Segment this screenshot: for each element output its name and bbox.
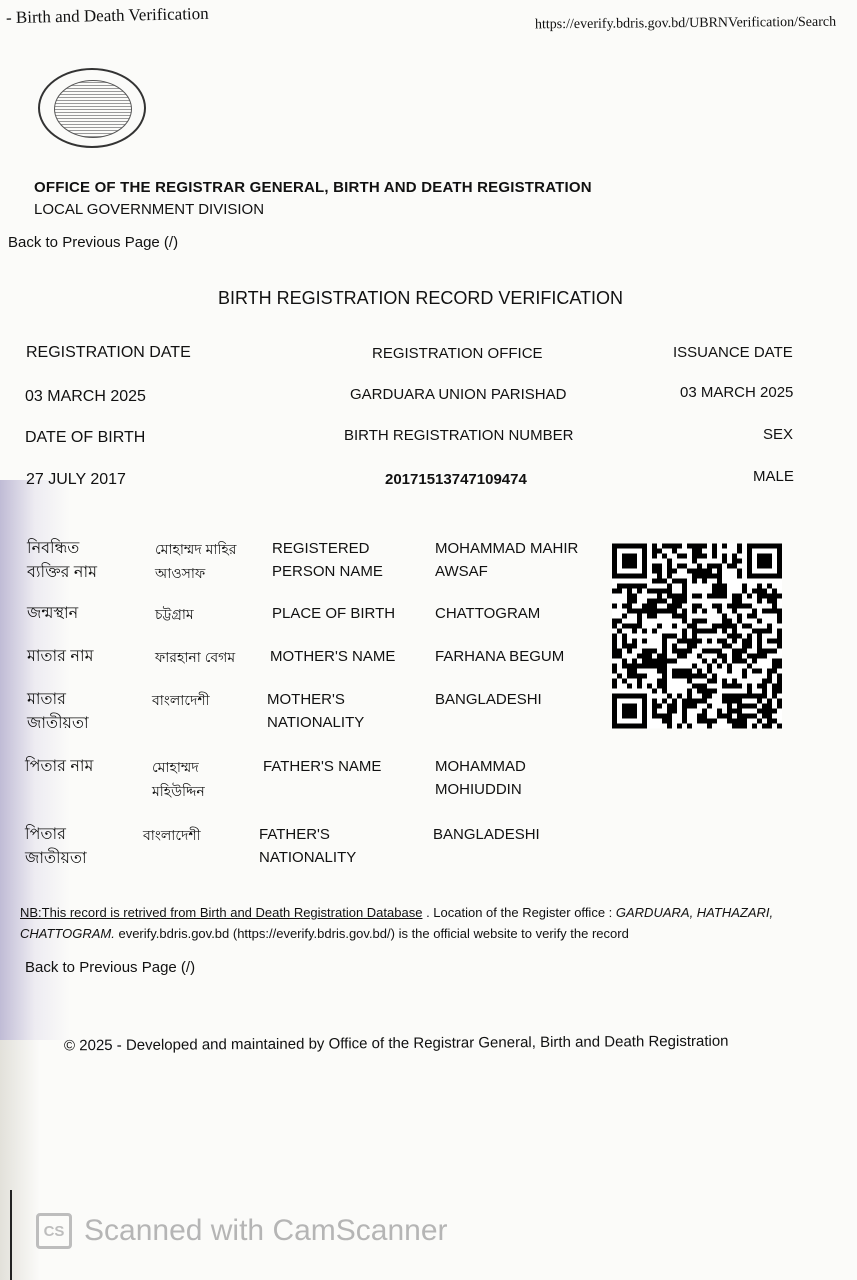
fathers-name-label-bn: পিতার নাম [25, 755, 93, 779]
note-website: everify.bdris.gov.bd (https://everify.bd… [115, 926, 629, 941]
registered-person-name-value-en: MOHAMMAD MAHIRAWSAF [435, 537, 578, 583]
registered-person-name-value-bn: মোহাম্মদ মাহিরআওসাফ [155, 537, 236, 585]
registration-office-label: REGISTRATION OFFICE [372, 345, 543, 362]
issuance-date-label: ISSUANCE DATE [673, 344, 793, 361]
brn-value: 20171513747109474 [385, 471, 527, 488]
sex-value: MALE [753, 468, 794, 485]
footer-copyright: © 2025 - Developed and maintained by Off… [64, 1033, 729, 1055]
sex-label: SEX [763, 426, 793, 443]
mothers-nationality-value-en: BANGLADESHI [435, 688, 542, 711]
registration-date-label: REGISTRATION DATE [26, 344, 191, 362]
note-location-prefix: . Location of the Register office : [422, 905, 615, 920]
database-link[interactable]: NB:This record is retrived from Birth an… [20, 905, 422, 920]
browser-url: https://everify.bdris.gov.bd/UBRNVerific… [535, 15, 836, 34]
record-note-line2: CHATTOGRAM. everify.bdris.gov.bd (https:… [20, 926, 629, 941]
mothers-name-value-bn: ফারহানা বেগম [155, 645, 235, 669]
fathers-name-value-bn: মোহাম্মদমহিউদ্দিন [152, 755, 205, 803]
date-of-birth-label: DATE OF BIRTH [25, 429, 145, 447]
office-title: OFFICE OF THE REGISTRAR GENERAL, BIRTH A… [34, 179, 592, 196]
place-of-birth-value-en: CHATTOGRAM [435, 602, 540, 625]
record-note-line1: NB:This record is retrived from Birth an… [20, 905, 773, 920]
place-of-birth-label-en: PLACE OF BIRTH [272, 602, 395, 625]
camscanner-watermark: CS Scanned with CamScanner [36, 1213, 448, 1249]
office-division: LOCAL GOVERNMENT DIVISION [34, 201, 264, 218]
page-title: BIRTH REGISTRATION RECORD VERIFICATION [218, 288, 623, 309]
camscanner-text: Scanned with CamScanner [84, 1214, 448, 1248]
camscanner-logo-icon: CS [36, 1213, 72, 1249]
fathers-name-label-en: FATHER'S NAME [263, 755, 381, 778]
back-to-previous-link-bottom[interactable]: Back to Previous Page (/) [25, 959, 195, 976]
qr-code-icon [612, 542, 782, 730]
mothers-nationality-label-bn: মাতারজাতীয়তা [27, 688, 89, 736]
browser-tab-title: - Birth and Death Verification [6, 4, 209, 28]
note-location-cont: CHATTOGRAM. [20, 926, 115, 941]
fathers-nationality-label-en: FATHER'SNATIONALITY [259, 823, 356, 869]
fathers-nationality-label-bn: পিতারজাতীয়তা [25, 823, 87, 871]
fathers-nationality-value-en: BANGLADESHI [433, 823, 540, 846]
government-seal-icon [38, 68, 146, 148]
place-of-birth-value-bn: চট্টগ্রাম [155, 602, 194, 626]
mothers-name-value-en: FARHANA BEGUM [435, 645, 564, 668]
back-to-previous-link-top[interactable]: Back to Previous Page (/) [8, 234, 178, 251]
note-location: GARDUARA, HATHAZARI, [616, 905, 773, 920]
fathers-nationality-value-bn: বাংলাদেশী [143, 823, 201, 847]
registered-person-name-label-en: REGISTEREDPERSON NAME [272, 537, 383, 583]
issuance-date-value: 03 MARCH 2025 [680, 384, 793, 401]
brn-label: BIRTH REGISTRATION NUMBER [344, 427, 573, 444]
registration-office-value: GARDUARA UNION PARISHAD [350, 386, 566, 403]
place-of-birth-label-bn: জন্মস্থান [27, 602, 78, 626]
registered-person-name-label-bn: নিবন্ধিতব্যক্তির নাম [27, 537, 97, 585]
mothers-nationality-label-en: MOTHER'SNATIONALITY [267, 688, 364, 734]
mothers-name-label-bn: মাতার নাম [27, 645, 94, 669]
fathers-name-value-en: MOHAMMADMOHIUDDIN [435, 755, 526, 801]
scan-edge-line [10, 1190, 12, 1280]
scan-shadow-bottom [0, 1040, 40, 1280]
mothers-name-label-en: MOTHER'S NAME [270, 645, 395, 668]
date-of-birth-value: 27 JULY 2017 [26, 471, 126, 489]
registration-date-value: 03 MARCH 2025 [25, 388, 146, 406]
mothers-nationality-value-bn: বাংলাদেশী [152, 688, 210, 712]
